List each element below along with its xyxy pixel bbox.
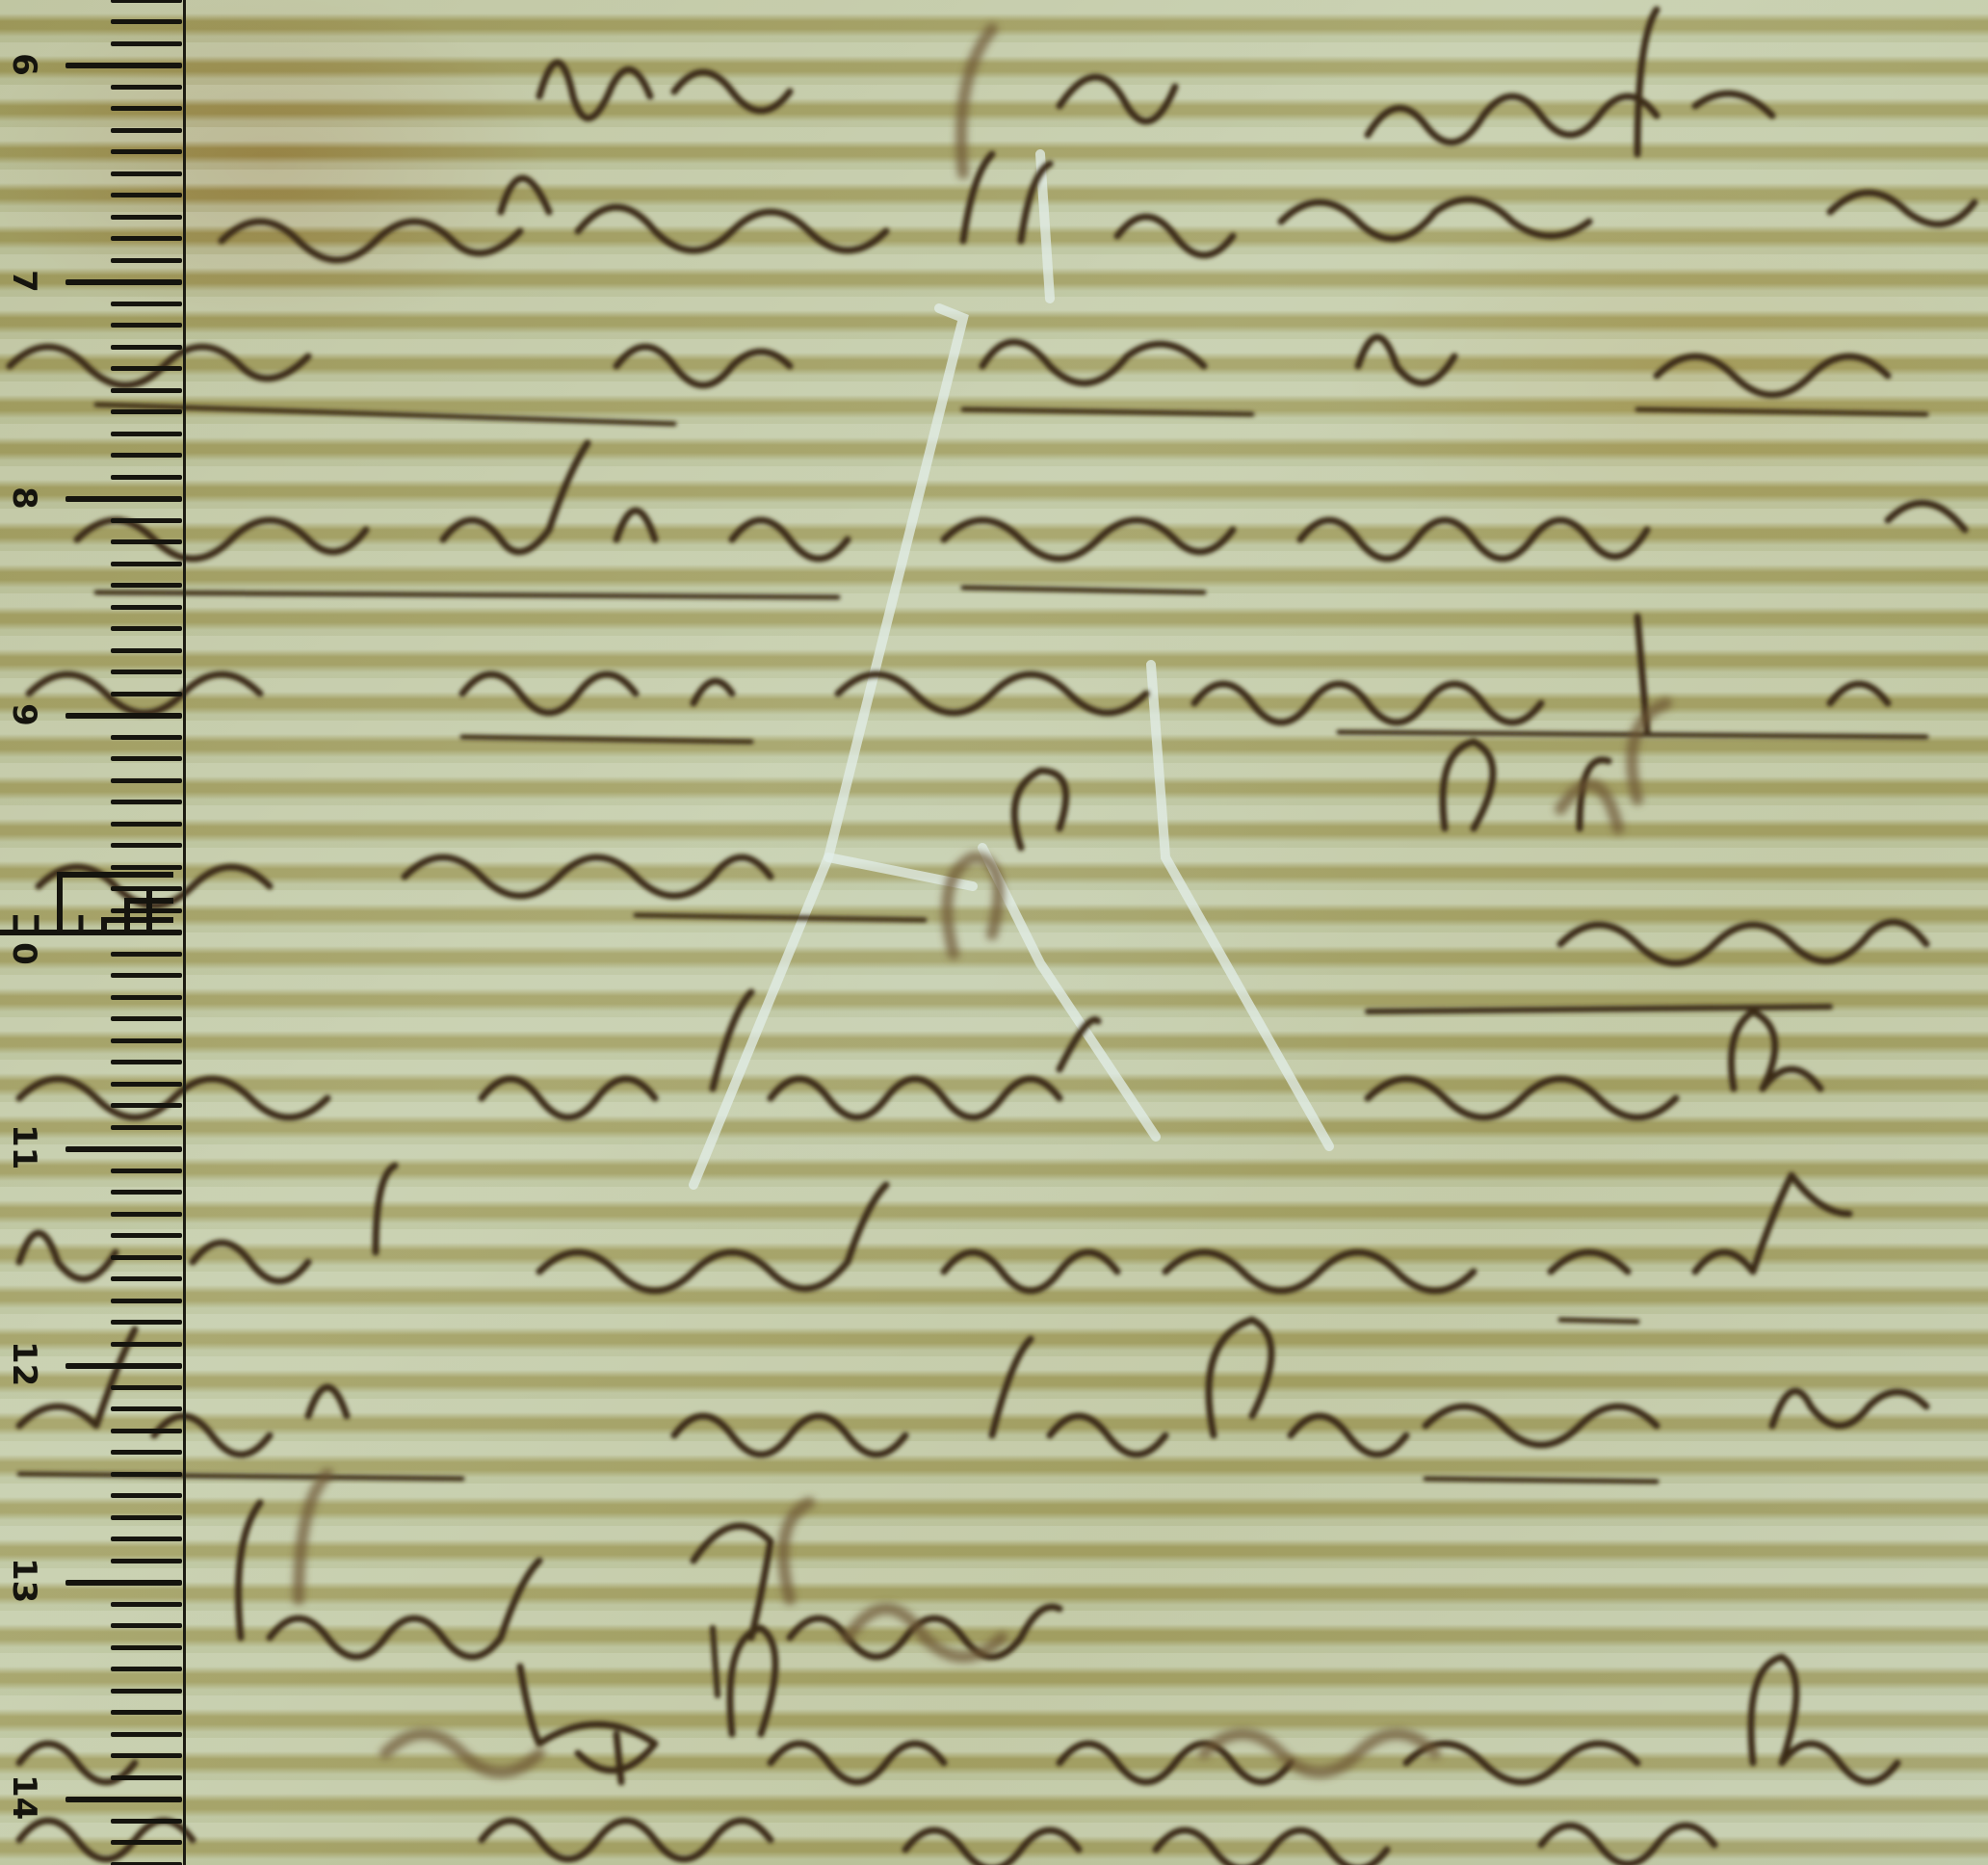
ruler-minor-tick [111,692,182,696]
ruler-minor-tick [111,106,182,111]
ruler-minor-tick [111,215,182,220]
ruler-major-tick [65,496,182,502]
ruler-minor-tick [111,1342,182,1347]
ruler-scale-bar [0,819,183,944]
ruler-cm-label: 11 [5,1124,43,1169]
ruler-minor-tick [111,1103,182,1108]
ruler-minor-tick [111,583,182,588]
ruler-minor-tick [111,756,182,761]
ruler-minor-tick [111,1406,182,1411]
ruler-cm-label: 6 [5,42,43,87]
ruler-minor-tick [111,432,182,436]
ruler-minor-tick [111,1819,182,1824]
ruler-major-tick [65,63,182,68]
ruler-cm-label: 7 [5,259,43,303]
ruler-minor-tick [111,1169,182,1173]
ruler-minor-tick [111,1082,182,1087]
ruler-minor-tick [111,388,182,393]
ruler-minor-tick [111,366,182,371]
ruler-minor-tick [111,1255,182,1260]
ruler-major-tick [65,1797,182,1802]
ruler-minor-tick [111,41,182,46]
ruler-minor-tick [111,149,182,154]
ruler-cm-label: 13 [5,1558,43,1602]
measuring-ruler: 6789011121314 [0,0,189,1865]
ruler-minor-tick [111,1493,182,1498]
ruler-cm-label: 9 [5,693,43,737]
ruler-major-tick [65,1146,182,1152]
ruler-minor-tick [111,258,182,263]
ruler-minor-tick [111,345,182,350]
ruler-minor-tick [111,1472,182,1477]
ruler-minor-tick [111,1732,182,1737]
parchment-background [0,0,1988,1865]
ruler-minor-tick [111,171,182,176]
ruler-minor-tick [111,1840,182,1845]
ruler-minor-tick [111,1450,182,1455]
ruler-minor-tick [111,409,182,414]
ruler-minor-tick [111,1623,182,1628]
ruler-minor-tick [111,302,182,306]
ruler-minor-tick [111,1190,182,1195]
ruler-minor-tick [111,323,182,328]
ruler-minor-tick [111,1689,182,1694]
ruler-minor-tick [111,1559,182,1563]
ruler-minor-tick [111,1775,182,1780]
ruler-minor-tick [111,1602,182,1607]
ruler-minor-tick [111,128,182,133]
ruler-minor-tick [111,995,182,1000]
ruler-major-tick [65,1580,182,1586]
ruler-minor-tick [111,1753,182,1758]
ruler-minor-tick [111,1276,182,1281]
ruler-minor-tick [111,1645,182,1650]
ruler-minor-tick [111,778,182,783]
ruler-minor-tick [111,800,182,804]
ruler-minor-tick [111,605,182,610]
ruler-minor-tick [111,453,182,458]
ruler-minor-tick [111,1429,182,1433]
ruler-major-tick [65,1363,182,1369]
ruler-minor-tick [111,1212,182,1217]
ruler-minor-tick [111,973,182,978]
ruler-minor-tick [111,475,182,480]
manuscript-photo: 6789011121314 [0,0,1988,1865]
ruler-minor-tick [111,1016,182,1021]
ruler-major-tick [65,713,182,719]
ruler-minor-tick [111,539,182,544]
ruler-minor-tick [111,1515,182,1520]
ruler-minor-tick [111,1710,182,1715]
ruler-minor-tick [111,1320,182,1325]
ruler-minor-tick [111,1038,182,1043]
ruler-minor-tick [111,518,182,523]
ruler-minor-tick [111,562,182,566]
ruler-minor-tick [111,236,182,241]
ruler-minor-tick [111,648,182,653]
ruler-cm-label: 12 [5,1341,43,1385]
ruler-minor-tick [111,952,182,957]
ruler-minor-tick [111,1667,182,1671]
ruler-cm-label: 8 [5,476,43,520]
ruler-minor-tick [111,1125,182,1130]
ruler-edge [183,0,186,1865]
ruler-minor-tick [111,1060,182,1064]
ruler-minor-tick [111,670,182,674]
ruler-minor-tick [111,1233,182,1238]
ruler-minor-tick [111,85,182,90]
ruler-minor-tick [111,1299,182,1303]
ruler-minor-tick [111,1537,182,1541]
ruler-major-tick [65,279,182,285]
ruler-minor-tick [111,1385,182,1390]
ruler-minor-tick [111,735,182,740]
ruler-minor-tick [111,19,182,24]
ruler-minor-tick [111,626,182,631]
ruler-minor-tick [111,0,182,3]
ruler-minor-tick [111,193,182,197]
ruler-minor-tick [111,1862,182,1865]
ruler-cm-label: 14 [5,1774,43,1819]
